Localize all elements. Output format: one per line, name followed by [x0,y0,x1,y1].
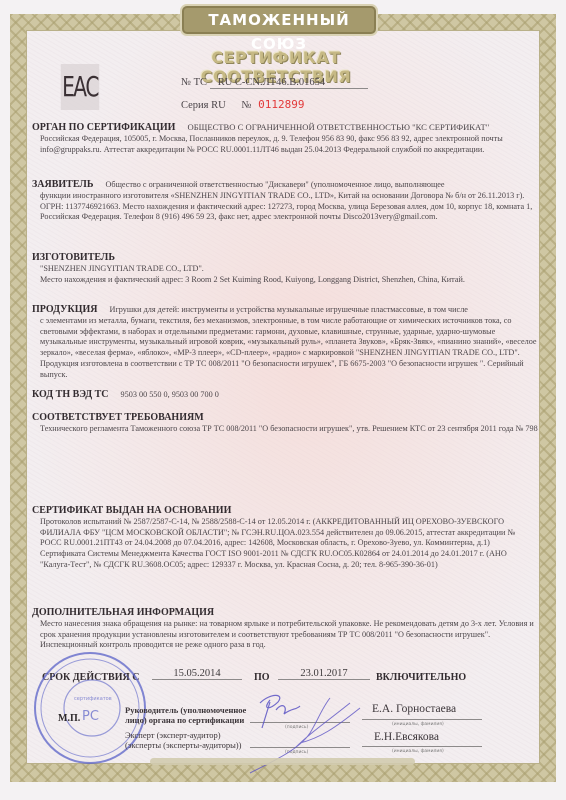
seal-placement-label: М.П. [58,713,80,724]
tc-number-value: RU C-CN.ЛТ46.В.01654 [210,77,368,89]
manufacturer-address: Место нахождения и фактический адрес: 3 … [32,275,538,286]
section-issued-basis: СЕРТИФИКАТ ВЫДАН НА ОСНОВАНИИ Протоколов… [32,506,538,571]
validity-to-label: ПО [254,672,270,683]
head-name-caption: (инициалы, фамилия) [392,722,444,727]
product-text: с элементами из металла, бумаги, текстил… [32,316,538,381]
head-name-line [362,719,482,720]
compliance-text: Технического регламента Таможенного союз… [32,424,538,435]
section-product: ПРОДУКЦИЯ Игрушки для детей: инструменты… [32,305,538,381]
organ-name: ОБЩЕСТВО С ОГРАНИЧЕННОЙ ОТВЕТСТВЕННОСТЬЮ… [188,122,490,132]
footer-microtext [150,758,415,765]
applicant-text: функции иностранного изготовителя «SHENZ… [32,191,538,223]
serial-label: № [241,100,251,111]
serial-number: 0112899 [258,98,304,111]
section-applicant: ЗАЯВИТЕЛЬ Общество с ограниченной ответс… [32,180,538,223]
validity-from-date: 15.05.2014 [152,668,242,680]
section-compliance: СООТВЕТСТВУЕТ ТРЕБОВАНИЯМ Технического р… [32,413,538,435]
svg-text:сертификатов: сертификатов [74,696,112,702]
eac-logo-icon: ЕАС [61,64,99,110]
series-label: Серия RU [181,100,226,111]
product-label: ПРОДУКЦИЯ [32,304,97,315]
head-role: Руководитель (уполномоченное лицо) орган… [125,705,246,725]
section-hs-code: КОД ТН ВЭД ТС 9503 00 550 0, 9503 00 700… [32,390,538,401]
validity-inclusive-label: ВКЛЮЧИТЕЛЬНО [376,672,466,683]
section-additional-info: ДОПОЛНИТЕЛЬНАЯ ИНФОРМАЦИЯ Место нанесени… [32,608,538,651]
hs-code-value: 9503 00 550 0, 9503 00 700 0 [121,390,219,399]
svg-text:РС: РС [82,709,99,724]
basis-text-qms: Сертификата Системы Менеджмента Качества… [32,549,538,571]
basis-text-protocols: Протоколов испытаний № 2587/2587-С-14, №… [32,517,538,549]
basis-label: СЕРТИФИКАТ ВЫДАН НА ОСНОВАНИИ [32,506,538,517]
expert-name-caption: (инициалы, фамилия) [392,749,444,754]
validity-to-date: 23.01.2017 [278,668,370,680]
head-role-line1: Руководитель (уполномоченное [125,705,246,715]
additional-label: ДОПОЛНИТЕЛЬНАЯ ИНФОРМАЦИЯ [32,608,538,619]
manufacturer-label: ИЗГОТОВИТЕЛЬ [32,253,538,264]
section-manufacturer: ИЗГОТОВИТЕЛЬ "SHENZHEN JINGYITIAN TRADE … [32,253,538,285]
additional-text: Место нанесения знака обращения на рынке… [32,619,538,651]
series-number: Серия RU № 0112899 [181,98,304,111]
head-role-line2: лицо) органа по сертификации [125,715,246,725]
expert-role-line1: Эксперт (эксперт-аудитор) [125,730,241,740]
expert-role: Эксперт (эксперт-аудитор) (эксперты (экс… [125,730,241,750]
product-first-line: Игрушки для детей: инструменты и устройс… [110,305,468,314]
tc-number: № ТС RU C-CN.ЛТ46.В.01654 [181,77,368,89]
expert-name-line [362,746,482,747]
organ-label: ОРГАН ПО СЕРТИФИКАЦИИ [32,122,175,133]
compliance-label: СООТВЕТСТВУЕТ ТРЕБОВАНИЯМ [32,413,538,424]
applicant-first-line: Общество с ограниченной ответственностью… [106,180,445,189]
manufacturer-name: "SHENZHEN JINGYITIAN TRADE CO., LTD". [32,264,538,275]
hs-code-label: КОД ТН ВЭД ТС [32,389,109,400]
applicant-label: ЗАЯВИТЕЛЬ [32,179,93,190]
tc-number-label: № ТС [181,77,207,88]
head-name: Е.А. Горностаева [372,703,456,715]
section-certification-body: ОРГАН ПО СЕРТИФИКАЦИИ ОБЩЕСТВО С ОГРАНИЧ… [32,122,538,155]
customs-union-badge: ТАМОЖЕННЫЙ СОЮЗ [182,6,376,34]
organ-text: Российская Федерация, 105005, г. Москва,… [32,134,538,156]
expert-name: Е.Н.Евсякова [374,731,439,743]
expert-role-line2: (эксперты (эксперты-аудиторы)) [125,740,241,750]
